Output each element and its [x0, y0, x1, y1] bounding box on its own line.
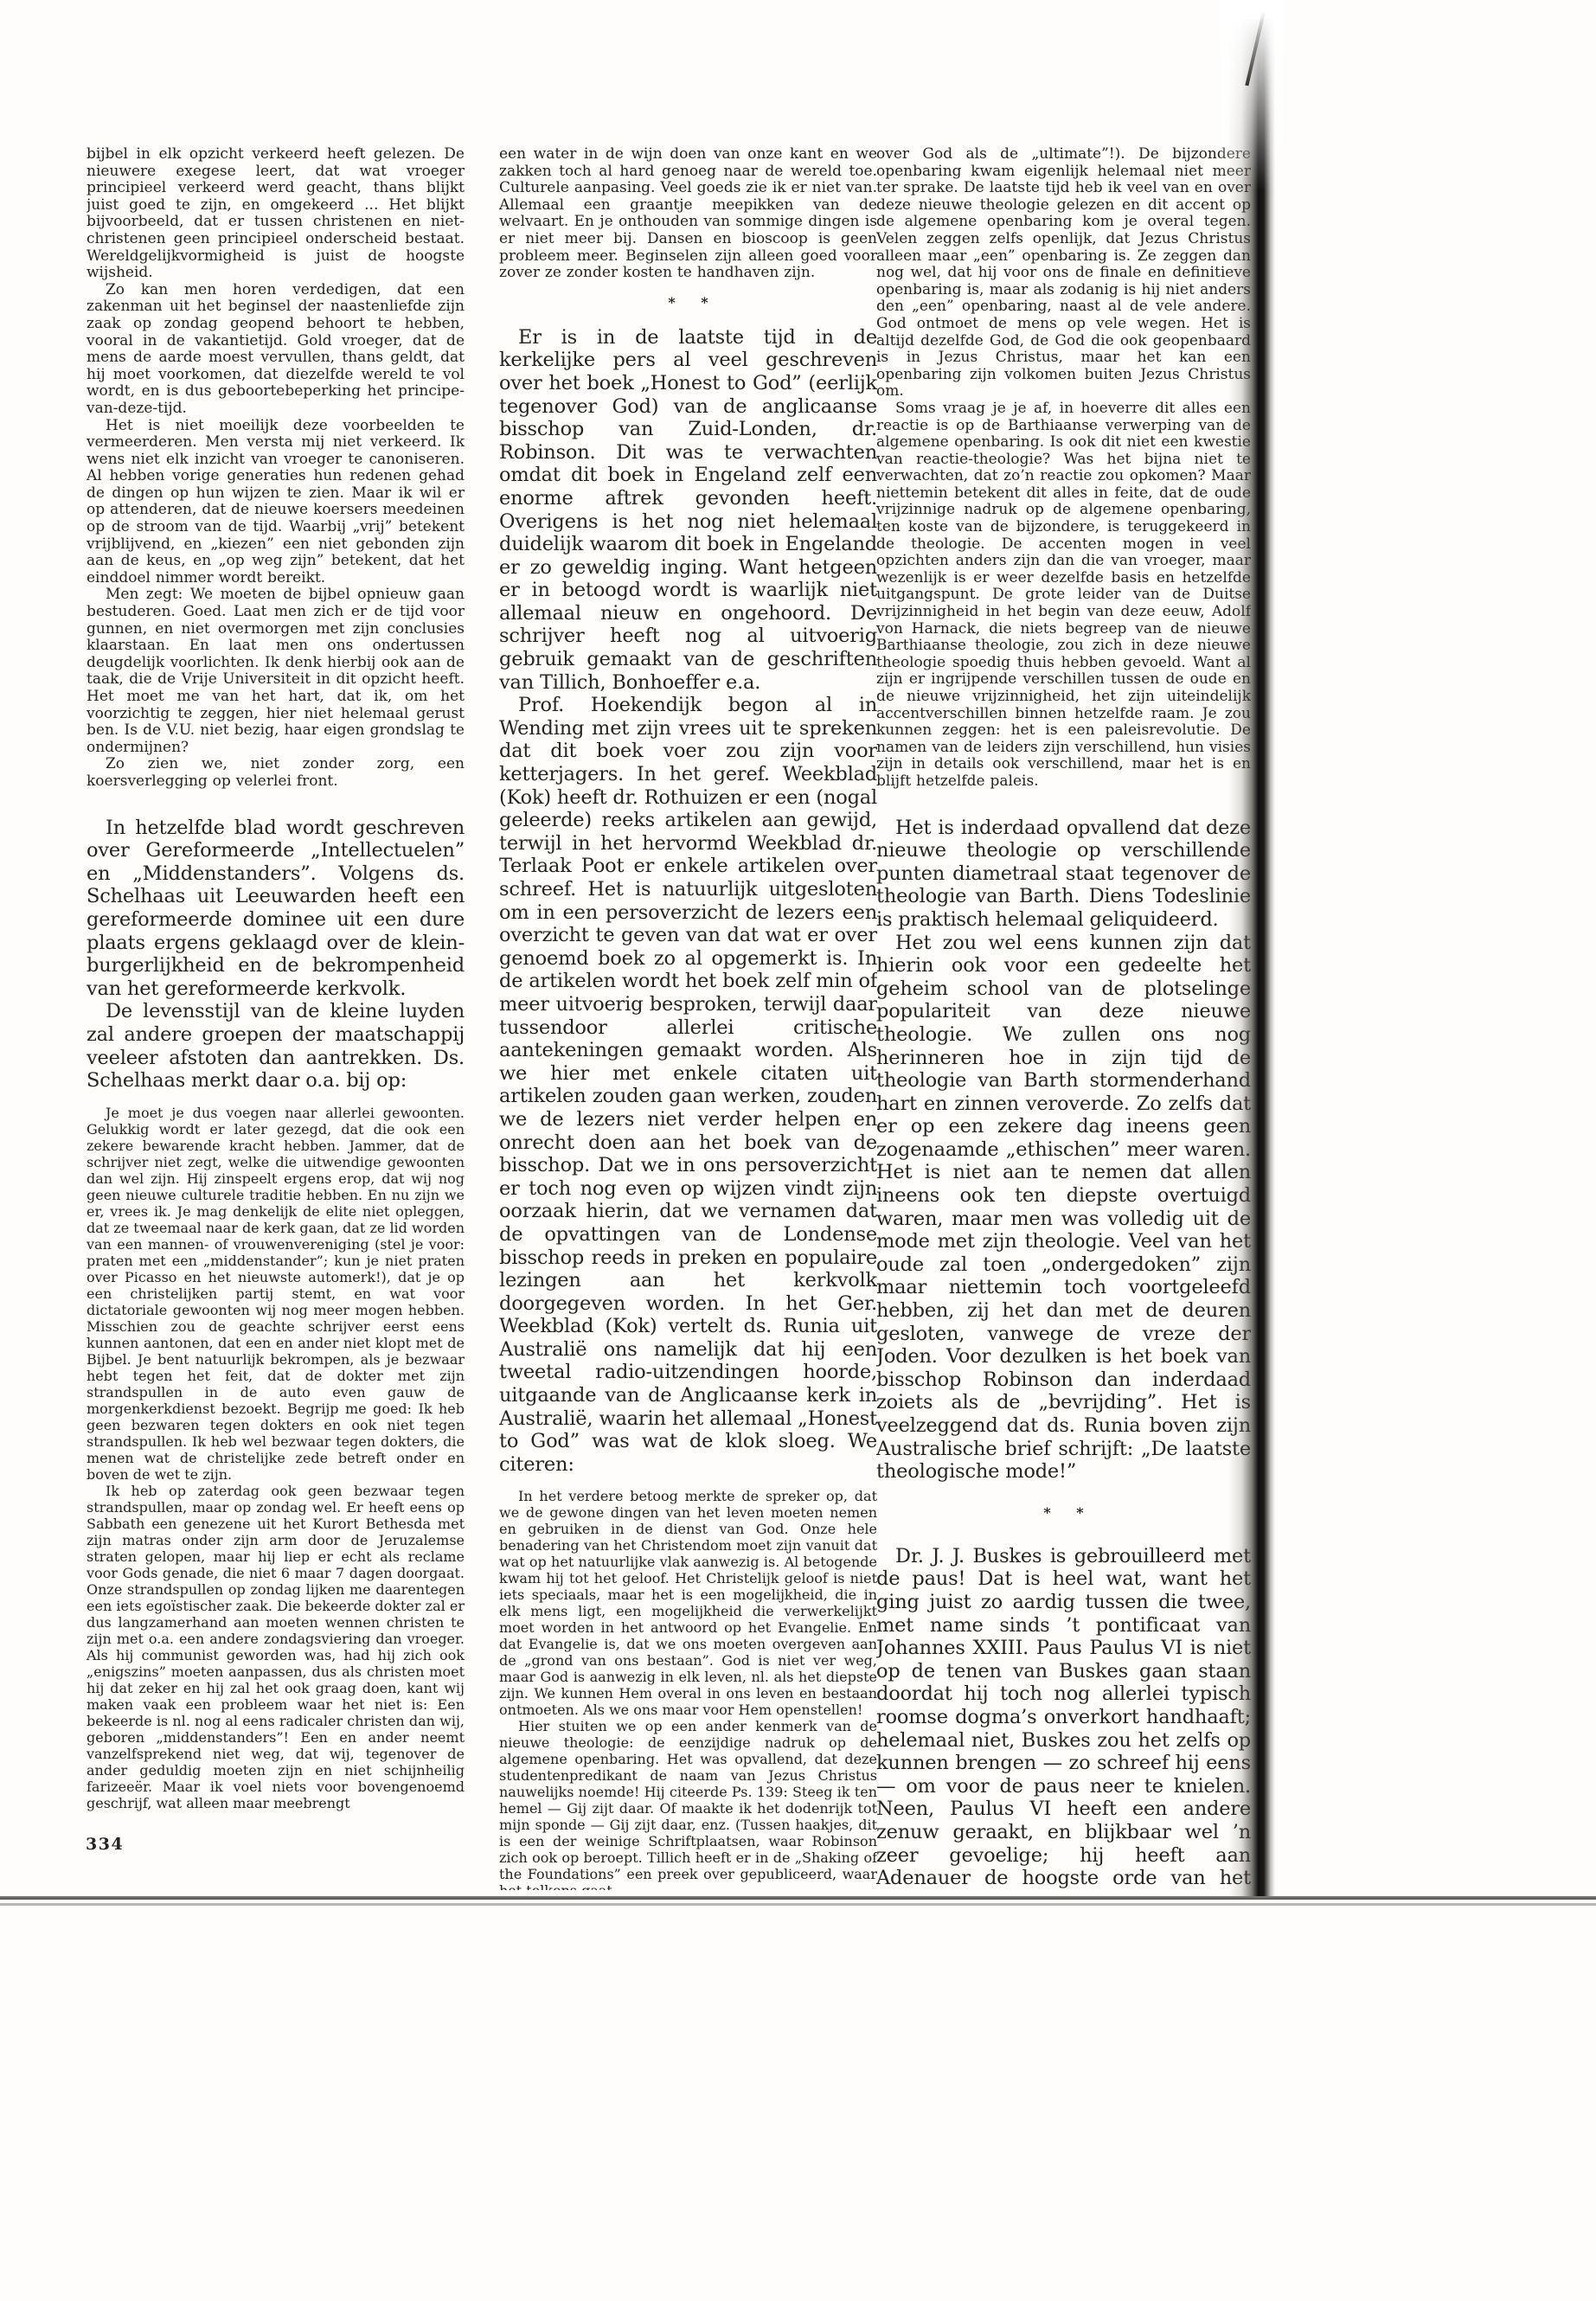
- paragraph-lead: In hetzelfde blad wordt geschreven over …: [87, 817, 465, 1001]
- section-separator: * *: [876, 1504, 1251, 1521]
- page-curl-fade: [1220, 0, 1284, 190]
- paragraph: Zo zien we, niet zonder zorg, een koersv…: [87, 756, 465, 790]
- paragraph-lead: De levensstijl van de kleine luyden zal …: [87, 1000, 465, 1092]
- paragraph: Men zegt: We moeten de bijbel opnieuw ga…: [87, 586, 465, 756]
- paragraph: een water in de wijn doen van onze kant …: [499, 146, 877, 282]
- page-number: 334: [86, 1835, 124, 1854]
- paragraph: over God als de „ultimate”!). De bijzond…: [876, 146, 1251, 401]
- page-curl-shadow: [1228, 19, 1275, 1896]
- paragraph-lead: Dr. J. J. Buskes is gebrouilleerd met de…: [876, 1545, 1251, 1890]
- paragraph-lead: Prof. Hoekendijk begon al in Wending met…: [499, 694, 877, 1476]
- block-quote: Hier stuiten we op een ander kenmerk van…: [499, 1718, 877, 1890]
- paragraph: Het is niet moeilijk deze voorbeelden te…: [87, 418, 465, 587]
- section-separator: * *: [499, 294, 877, 311]
- page-bottom-edge: [0, 1896, 1596, 1900]
- column-middle: een water in de wijn doen van onze kant …: [499, 146, 877, 1890]
- paragraph-lead: Er is in de laatste tijd in de kerkelijk…: [499, 326, 877, 695]
- paragraph-lead: Het is inderdaad opvallend dat deze nieu…: [876, 817, 1251, 932]
- scanned-page: bijbel in elk opzicht verkeerd heeft gel…: [0, 0, 1596, 2301]
- paragraph-lead: Het zou wel eens kunnen zijn dat hierin …: [876, 932, 1251, 1484]
- page-bottom-edge-light: [0, 1903, 1596, 1906]
- block-quote: Ik heb op zaterdag ook geen bezwaar tege…: [87, 1483, 465, 1811]
- block-quote: Je moet je dus voegen naar allerlei gewo…: [87, 1105, 465, 1483]
- block-quote: In het verdere betoog merkte de spreker …: [499, 1488, 877, 1718]
- paragraph: bijbel in elk opzicht verkeerd heeft gel…: [87, 146, 465, 282]
- column-left: bijbel in elk opzicht verkeerd heeft gel…: [87, 146, 465, 1890]
- paragraph: Soms vraag je je af, in hoeverre dit all…: [876, 401, 1251, 791]
- column-right: over God als de „ultimate”!). De bijzond…: [876, 146, 1251, 1890]
- paragraph: Zo kan men horen verdedigen, dat een zak…: [87, 282, 465, 418]
